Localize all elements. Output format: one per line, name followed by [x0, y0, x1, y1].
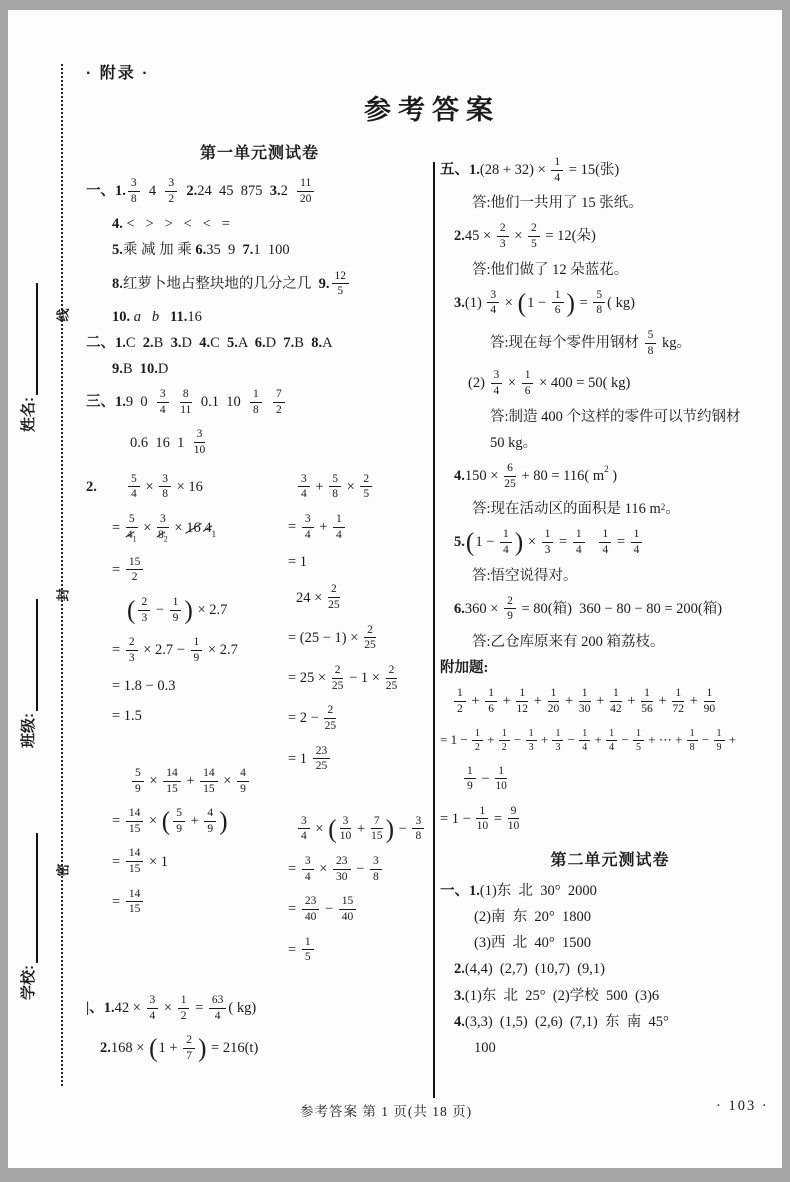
big-paren: ) [567, 291, 575, 315]
big-paren: ( [149, 1036, 157, 1060]
fraction: 15 [633, 728, 644, 753]
math-line: 答:悟空说得对。 [472, 563, 780, 589]
fraction: 2325 [313, 745, 331, 773]
math-line: = 25 × 225 − 1 × 225 [288, 658, 433, 698]
math-line: 19 − 110 [462, 759, 780, 799]
fraction: 13 [542, 528, 554, 556]
big-paren: ) [198, 1036, 206, 1060]
name-field: 姓名: [16, 283, 38, 432]
fraction: 23 [138, 596, 150, 624]
fraction: 23 [497, 222, 509, 250]
fraction: 634 [209, 994, 227, 1022]
fraction: 59 [132, 767, 144, 795]
fraction: 38 [128, 177, 140, 205]
right-column: 五、1.(28 + 32) × 14 = 15(张)答:他们一共用了 15 张纸… [440, 150, 780, 1061]
fraction: 14 [573, 528, 585, 556]
fraction: 190 [704, 687, 716, 715]
fraction: 2340 [302, 895, 320, 923]
fraction: 58 [593, 289, 605, 317]
math-line: 34 + 58 × 25 [296, 467, 433, 507]
fraction: 19 [464, 765, 476, 793]
math-line: 答:他们一共用了 15 张纸。 [472, 190, 780, 216]
math-line: 3.(1)东 北 25° (2)学校 500 (3)6 [454, 983, 780, 1009]
fraction: 58 [329, 473, 341, 501]
unit1-problem2-work: 2. 54 × 38 × 16= 541 × 382 × 16 41= 152(… [86, 467, 433, 970]
appendix-label: · 附录 · [86, 60, 150, 83]
footer-caption: 参考答案 第 1 页(共 18 页) [300, 1100, 472, 1120]
fraction: 152 [126, 556, 144, 584]
fraction: 310 [194, 428, 206, 456]
fraction: 72 [273, 388, 285, 416]
fraction: 34 [491, 369, 503, 397]
problem2-label: 2. [86, 467, 112, 970]
math-line: 答:他们做了 12 朵蓝花。 [472, 257, 780, 283]
fraction: 54 [128, 473, 140, 501]
math-line: 答:现在每个零件用钢材 58 kg。 [490, 323, 780, 363]
fraction: 112 [516, 687, 528, 715]
fraction: 142 [610, 687, 622, 715]
fraction: 14 [333, 513, 345, 541]
math-line: = 34 + 14 [288, 507, 433, 547]
math-line: 100 [474, 1035, 780, 1061]
math-line: 34 × (310 + 715) − 38 [296, 809, 433, 849]
fraction: 1415 [126, 888, 144, 916]
math-line: 一、1.(1)东 北 30° 2000 [440, 878, 780, 904]
math-line: 24 × 225 [296, 577, 433, 617]
big-paren: ( [162, 809, 170, 833]
math-line: 6.360 × 29 = 80(箱) 360 − 80 − 80 = 200(箱… [454, 589, 780, 629]
seal-char-xian: 线 [53, 304, 72, 322]
math-line: 答:乙仓库原来有 200 箱荔枝。 [472, 629, 780, 655]
math-line: = 1415 × (59 + 49) [112, 801, 288, 841]
seal-dotted-line [61, 64, 63, 1086]
fraction: 38 [159, 473, 171, 501]
math-line: = 1.5 [112, 701, 288, 731]
math-line: = 1 − 110 = 910 [440, 799, 780, 839]
fraction: 120 [548, 687, 560, 715]
fraction: 34 [302, 855, 314, 883]
unit1-answer-lines: 一、1.38 4 32 2.24 45 875 3.2 11204. < > >… [86, 171, 433, 463]
fraction: 225 [364, 624, 376, 652]
class-blank-line [22, 599, 38, 711]
math-line: 答:现在活动区的面积是 116 m2。 [472, 496, 780, 522]
big-paren: ( [328, 817, 336, 841]
fraction: 25 [360, 473, 372, 501]
fraction: 910 [508, 805, 520, 833]
fraction: 19 [170, 596, 182, 624]
math-line: = 23 × 2.7 − 19 × 2.7 [112, 630, 288, 670]
big-paren: ( [466, 530, 474, 554]
fraction: 625 [504, 462, 516, 490]
math-line: 2.45 × 23 × 25 = 12(朵) [454, 216, 780, 256]
fraction: 12 [499, 728, 510, 753]
school-field: 学校: [16, 833, 38, 1000]
fraction: 34 [487, 289, 499, 317]
fraction: 19 [714, 728, 725, 753]
big-paren: ) [515, 530, 523, 554]
fraction: 1415 [126, 807, 144, 835]
math-line: (23 − 19) × 2.7 [126, 590, 288, 630]
math-line: = (25 − 1) × 225 [288, 618, 433, 658]
math-line: = 1415 × 1 [112, 841, 288, 881]
fraction: 25 [528, 222, 540, 250]
fraction: 1540 [339, 895, 357, 923]
fraction: 541 [126, 513, 138, 544]
unit1-section5-answers: 五、1.(28 + 32) × 14 = 15(张)答:他们一共用了 15 张纸… [440, 150, 780, 839]
seal-char-feng: 封 [53, 584, 72, 602]
fraction: 18 [250, 388, 262, 416]
math-line: 2.(4,4) (2,7) (10,7) (9,1) [454, 956, 780, 982]
math-line: = 15 [288, 930, 433, 970]
math-line: = 2 − 225 [288, 698, 433, 738]
cancelled-number: 16 [186, 519, 201, 537]
fraction: 38 [412, 815, 424, 843]
big-paren: ( [518, 291, 526, 315]
problem2-left-work: 54 × 38 × 16= 541 × 382 × 16 41= 152(23 … [112, 467, 288, 970]
fraction: 14 [500, 528, 512, 556]
class-field-label: 班级: [17, 713, 38, 748]
math-line: = 1.8 − 0.3 [112, 671, 288, 701]
math-line: (2) 34 × 16 × 400 = 50( kg) [468, 363, 780, 403]
math-line: 5.乘 减 加 乘 6.35 9 7.1 100 [112, 237, 433, 263]
fraction: 49 [204, 807, 216, 835]
math-line: 二、1.C 2.B 3.D 4.C 5.A 6.D 7.B 8.A [86, 330, 433, 356]
fraction: 34 [302, 513, 314, 541]
math-line: 12 + 16 + 112 + 120 + 130 + 142 + 156 + … [452, 681, 780, 721]
math-line: = 2340 − 1540 [288, 889, 433, 929]
fraction: 58 [645, 329, 657, 357]
fraction: 12 [454, 687, 466, 715]
fraction: 1415 [163, 767, 181, 795]
fraction: 16 [485, 687, 497, 715]
math-line: = 541 × 382 × 16 41 [112, 507, 288, 550]
fraction: 18 [687, 728, 698, 753]
fraction: 130 [579, 687, 591, 715]
unit2-answer-lines: 一、1.(1)东 北 30° 2000(2)南 东 20° 1800(3)西 北… [440, 878, 780, 1061]
seal-char-mi: 密 [53, 859, 72, 877]
fraction: 1415 [126, 847, 144, 875]
fraction: 715 [371, 815, 383, 843]
cancelled-number: 41 [204, 519, 216, 537]
math-line: = 1 − 12 + 12 − 13 + 13 − 14 + 14 − 15 +… [440, 722, 780, 759]
fraction: 15 [302, 936, 314, 964]
fraction: 310 [340, 815, 352, 843]
math-line: = 1 [288, 547, 433, 577]
fraction: 27 [183, 1034, 195, 1062]
scanned-answer-page: { "page": { "appendix_label": "· 附录 ·", … [0, 0, 790, 1182]
math-line: 2.168 × (1 + 27) = 216(t) [100, 1028, 433, 1068]
math-line: 54 × 38 × 16 [126, 467, 288, 507]
math-line: 答:制造 400 个这样的零件可以节约钢材 [490, 404, 780, 430]
name-blank-line [22, 283, 38, 395]
fraction: 382 [157, 513, 169, 544]
math-line: = 152 [112, 550, 288, 590]
math-line: = 34 × 2330 − 38 [288, 849, 433, 889]
math-line: = 1415 [112, 882, 288, 922]
fraction: 14 [599, 528, 611, 556]
fraction: 225 [332, 664, 344, 692]
left-column: 第一单元测试卷 一、1.38 4 32 2.24 45 875 3.2 1120… [86, 138, 433, 1069]
fraction: 59 [173, 807, 185, 835]
fraction: 32 [165, 177, 177, 205]
math-line: = 1 2325 [288, 739, 433, 779]
math-line: (2)南 东 20° 1800 [474, 904, 780, 930]
fraction: 225 [386, 664, 398, 692]
fraction: 29 [504, 595, 516, 623]
math-line: 0.6 16 1 310 [130, 422, 433, 462]
fraction: 14 [551, 156, 563, 184]
fraction: 125 [332, 270, 350, 298]
fraction: 34 [298, 815, 310, 843]
math-line: 10. a b 11.16 [112, 304, 433, 330]
fraction: 49 [237, 767, 249, 795]
fraction: 34 [157, 388, 169, 416]
math-line: 一、1.38 4 32 2.24 45 875 3.2 1120 [86, 171, 433, 211]
footer-page-number: · 103 · [716, 1098, 769, 1115]
unit1-word-problems: |、1.42 × 34 × 12 = 634( kg)2.168 × (1 + … [86, 988, 433, 1069]
fraction: 1415 [200, 767, 218, 795]
unit1-title: 第一单元测试卷 [86, 140, 433, 163]
big-paren: ) [386, 817, 394, 841]
school-blank-line [22, 833, 38, 963]
math-line: 4.150 × 625 + 80 = 116( m2 ) [454, 456, 780, 496]
fraction: 811 [180, 388, 192, 416]
fraction: 172 [672, 687, 684, 715]
math-line: 50 kg。 [490, 430, 780, 456]
fraction: 225 [324, 704, 336, 732]
math-line: 五、1.(28 + 32) × 14 = 15(张) [440, 150, 780, 190]
name-field-label: 姓名: [17, 397, 38, 432]
fraction: 1120 [297, 177, 314, 205]
fraction: 16 [522, 369, 534, 397]
big-paren: ) [219, 809, 227, 833]
fraction: 38 [370, 855, 382, 883]
math-line: 5.(1 − 14) × 13 = 14 14 = 14 [454, 522, 780, 562]
fraction: 16 [552, 289, 564, 317]
math-line: 4. < > > < < = [112, 211, 433, 237]
column-divider [433, 162, 435, 1098]
math-line: 8.红萝卜地占整块地的几分之几 9.125 [112, 264, 433, 304]
page-title: 参考答案 [86, 88, 778, 127]
big-paren: ) [184, 598, 192, 622]
math-line: 附加题: [440, 655, 780, 681]
math-line: 59 × 1415 + 1415 × 49 [130, 761, 288, 801]
school-field-label: 学校: [17, 965, 38, 1000]
fraction: 156 [641, 687, 653, 715]
fraction: 110 [495, 765, 507, 793]
fraction: 2330 [333, 855, 351, 883]
math-line: 三、1.9 0 34 811 0.1 10 18 72 [86, 382, 433, 422]
fraction: 12 [472, 728, 483, 753]
math-line: (3)西 北 40° 1500 [474, 930, 780, 956]
fraction: 34 [147, 994, 159, 1022]
fraction: 34 [298, 473, 310, 501]
fraction: 110 [476, 805, 488, 833]
class-field: 班级: [16, 599, 38, 748]
fraction: 12 [178, 994, 190, 1022]
fraction: 225 [328, 583, 340, 611]
fraction: 13 [526, 728, 537, 753]
fraction: 19 [191, 636, 203, 664]
fraction: 14 [631, 528, 643, 556]
math-line: 4.(3,3) (1,5) (2,6) (7,1) 东 南 45° [454, 1009, 780, 1035]
fraction: 23 [126, 636, 138, 664]
unit2-title: 第二单元测试卷 [440, 847, 780, 870]
fraction: 14 [606, 728, 617, 753]
big-paren: ( [127, 598, 135, 622]
fraction: 13 [552, 728, 563, 753]
math-line: |、1.42 × 34 × 12 = 634( kg) [86, 988, 433, 1028]
math-line: 3.(1) 34 × (1 − 16) = 58( kg) [454, 283, 780, 323]
problem2-right-work: 34 + 58 × 25= 34 + 14= 124 × 225= (25 − … [288, 467, 433, 970]
fraction: 14 [579, 728, 590, 753]
math-line: 9.B 10.D [112, 356, 433, 382]
